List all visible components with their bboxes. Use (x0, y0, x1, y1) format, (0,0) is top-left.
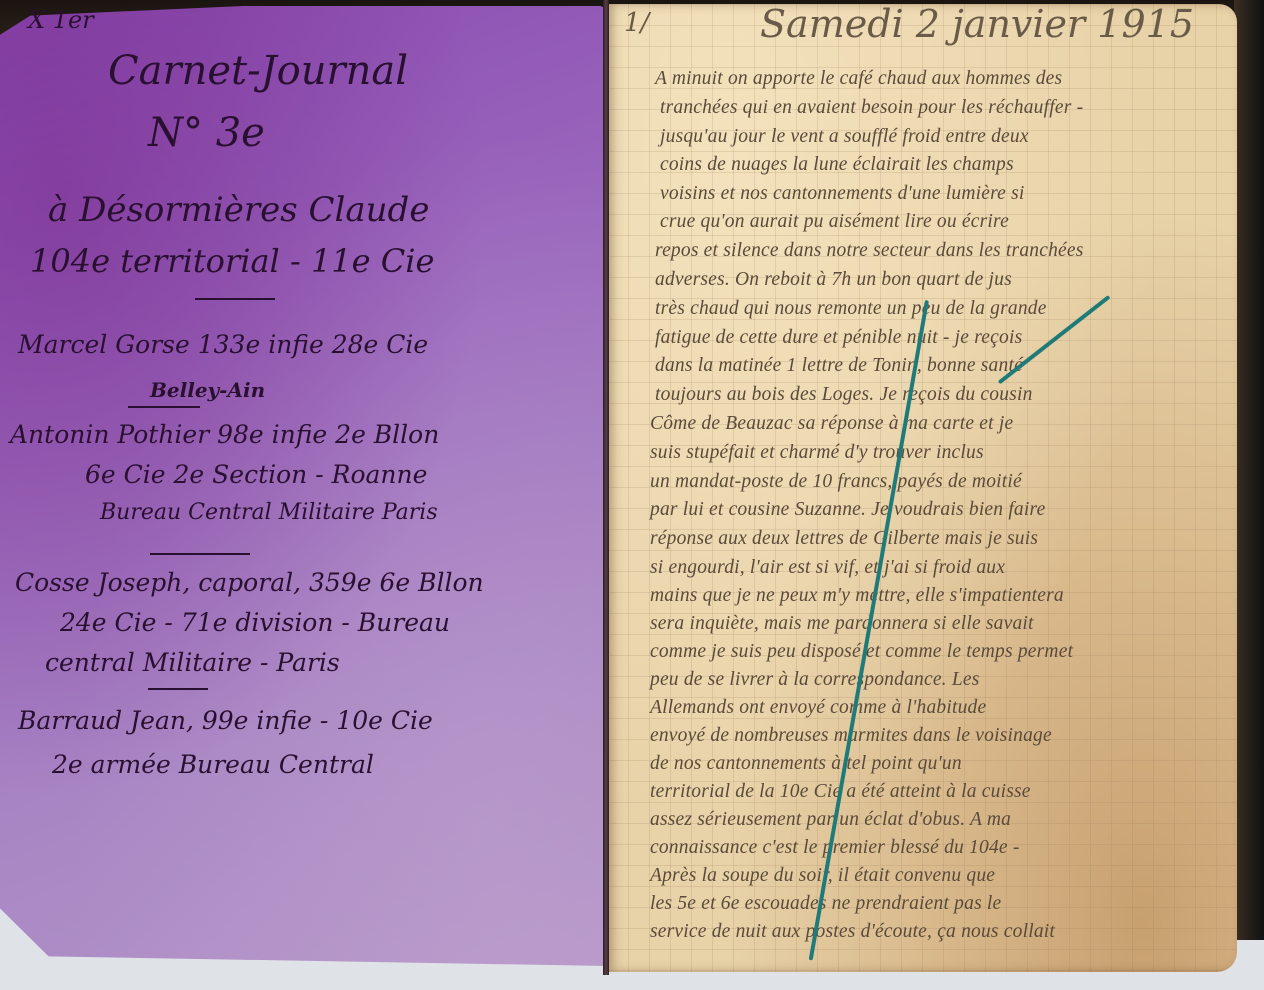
address-entry-line: 6e Cie 2e Section - Roanne (85, 460, 427, 489)
journal-line: fatigue de cette dure et pénible nuit - … (655, 327, 1022, 349)
underline-stroke (128, 406, 200, 408)
journal-line: peu de se livrer à la correspondance. Le… (650, 669, 980, 691)
journal-line: toujours au bois des Loges. Je reçois du… (655, 384, 1033, 406)
notebook-spine (603, 0, 609, 975)
journal-line: suis stupéfait et charmé d'y trouver inc… (650, 442, 984, 464)
notebook-number: N° 3e (148, 110, 265, 156)
address-entry-line: Cosse Joseph, caporal, 359e 6e Bllon (15, 568, 484, 597)
journal-line: crue qu'on aurait pu aisément lire ou éc… (660, 211, 1009, 233)
journal-line: de nos cantonnements à tel point qu'un (650, 753, 962, 775)
address-entry-line: central Militaire - Paris (45, 648, 340, 677)
journal-line: Allemands ont envoyé comme à l'habitude (650, 697, 986, 719)
journal-line: jusqu'au jour le vent a soufflé froid en… (660, 126, 1029, 148)
journal-line: par lui et cousine Suzanne. Je voudrais … (650, 499, 1045, 521)
address-entry-line: Antonin Pothier 98e infie 2e Bllon (10, 420, 439, 449)
journal-line: tranchées qui en avaient besoin pour les… (660, 97, 1083, 119)
journal-line: dans la matinée 1 lettre de Tonin, bonne… (655, 355, 1023, 377)
address-entry-line: 24e Cie - 71e division - Bureau (60, 608, 450, 637)
right-corner-mark: 1/ (624, 8, 649, 38)
journal-line: très chaud qui nous remonte un peu de la… (655, 298, 1047, 320)
journal-line: sera inquiète, mais me pardonnera si ell… (650, 613, 1034, 635)
address-entry-line: Barraud Jean, 99e infie - 10e Cie (18, 706, 433, 735)
journal-line: adverses. On reboit à 7h un bon quart de… (655, 269, 1012, 291)
divider-stroke (195, 298, 275, 300)
journal-line: coins de nuages la lune éclairait les ch… (660, 154, 1014, 176)
journal-line: connaissance c'est le premier blessé du … (650, 837, 1020, 859)
journal-line: mains que je ne peux m'y mettre, elle s'… (650, 585, 1064, 607)
address-entry-line: Belley-Ain (150, 378, 265, 402)
address-entry-line: Marcel Gorse 133e infie 28e Cie (18, 330, 428, 359)
journal-line: A minuit on apporte le café chaud aux ho… (655, 68, 1062, 90)
unit-line: 104e territorial - 11e Cie (30, 242, 434, 280)
address-entry-line: Bureau Central Militaire Paris (100, 500, 438, 525)
journal-line: assez sérieusement par un éclat d'obus. … (650, 809, 1011, 831)
journal-line: réponse aux deux lettres de Gilberte mai… (650, 528, 1038, 550)
journal-line: un mandat-poste de 10 francs, payés de m… (650, 471, 1022, 493)
background-shadow-right (1234, 0, 1264, 940)
journal-line: les 5e et 6e escouades ne prendraient pa… (650, 893, 1001, 915)
address-entry-line: 2e armée Bureau Central (52, 750, 374, 779)
divider-stroke (150, 553, 250, 555)
left-corner-note: X 1er (28, 6, 94, 34)
journal-line: service de nuit aux postes d'écoute, ça … (650, 921, 1055, 943)
date-heading: Samedi 2 janvier 1915 (760, 2, 1194, 46)
journal-line: Côme de Beauzac sa réponse à ma carte et… (650, 413, 1013, 435)
divider-stroke (148, 688, 208, 690)
owner-line: à Désormières Claude (48, 190, 429, 230)
notebook-title: Carnet-Journal (108, 48, 408, 94)
journal-line: voisins et nos cantonnements d'une lumiè… (660, 183, 1024, 205)
journal-line: repos et silence dans notre secteur dans… (655, 240, 1084, 262)
journal-line: si engourdi, l'air est si vif, et j'ai s… (650, 557, 1005, 579)
